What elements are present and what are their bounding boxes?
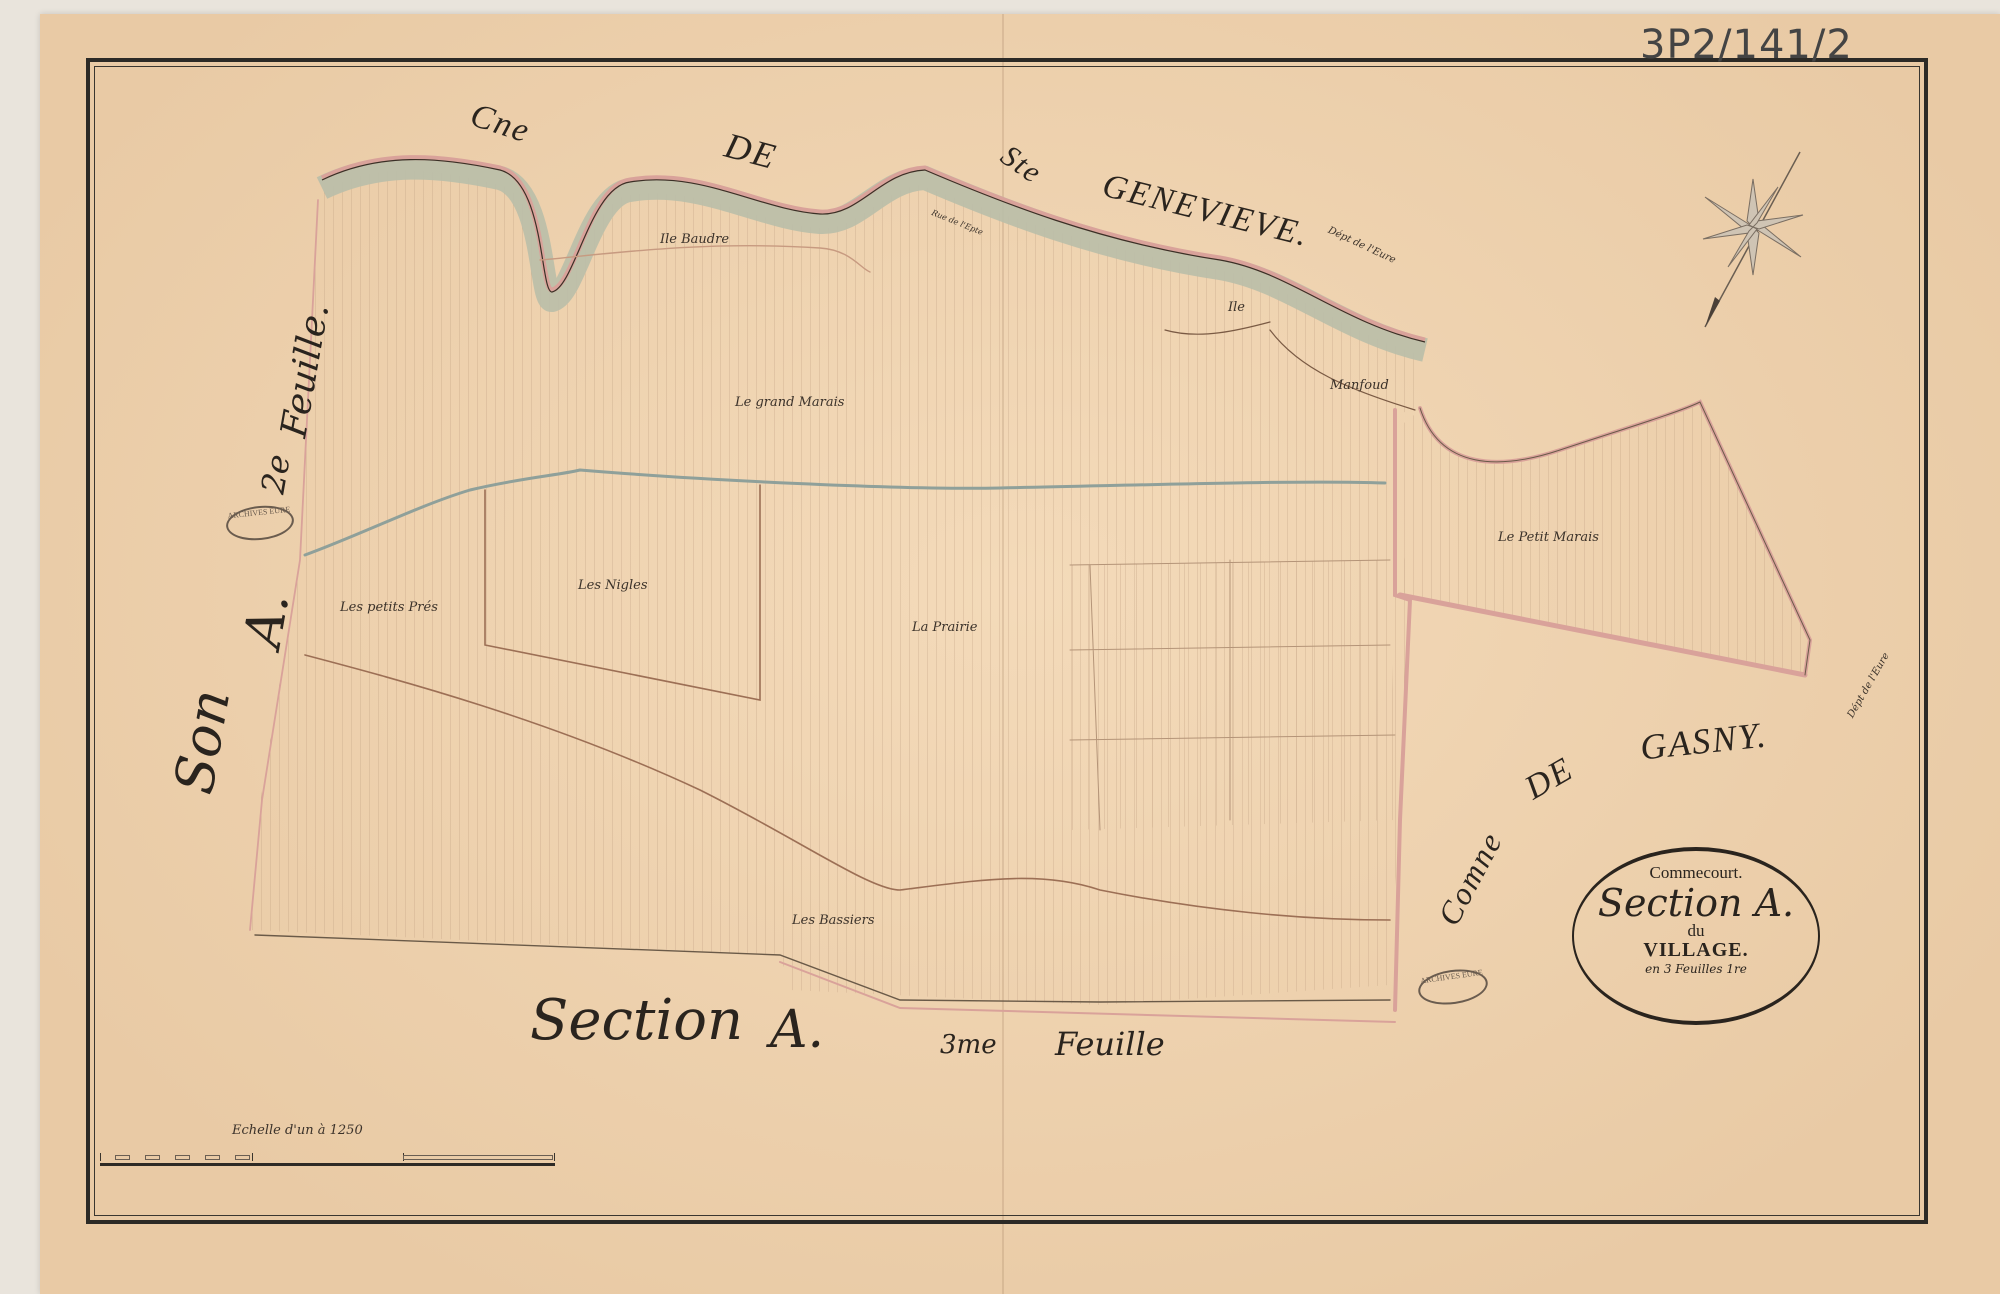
cartouche-commune: Commecourt. <box>1574 863 1818 883</box>
cartouche-du: du <box>1574 923 1818 939</box>
compass-rose-icon <box>1703 152 1803 327</box>
place-ile: Ile <box>1228 300 1245 315</box>
margin-bottom-feuille: Feuille <box>1055 1025 1165 1063</box>
place-les-bassiers: Les Bassiers <box>792 913 875 928</box>
margin-bottom-section: Section <box>530 988 743 1053</box>
scale-label: Echelle d'un à 1250 <box>232 1123 363 1138</box>
place-les-petits-pres: Les petits Prés <box>340 600 438 615</box>
scale-bar <box>100 1153 555 1166</box>
place-la-prairie: La Prairie <box>912 620 977 635</box>
margin-left-a: A. <box>233 588 301 652</box>
cartouche-section: Section A. <box>1574 883 1818 923</box>
place-ile-baudre: Ile Baudre <box>660 232 729 247</box>
place-le-petit-marais: Le Petit Marais <box>1498 530 1599 545</box>
title-cartouche: Commecourt. Section A. du VILLAGE. en 3 … <box>1572 847 1820 1025</box>
margin-bottom-3me: 3me <box>940 1030 997 1060</box>
place-manfoud: Manfoud <box>1330 378 1389 393</box>
margin-left-2e: 2e <box>254 451 298 496</box>
cartouche-sheets: en 3 Feuilles 1re <box>1574 962 1818 976</box>
place-les-nigles: Les Nigles <box>578 578 648 593</box>
cartouche-village: VILLAGE. <box>1574 939 1818 962</box>
place-le-grand-marais: Le grand Marais <box>735 395 844 410</box>
cadastral-map <box>0 0 2000 1294</box>
margin-bottom-a: A. <box>770 1000 824 1060</box>
